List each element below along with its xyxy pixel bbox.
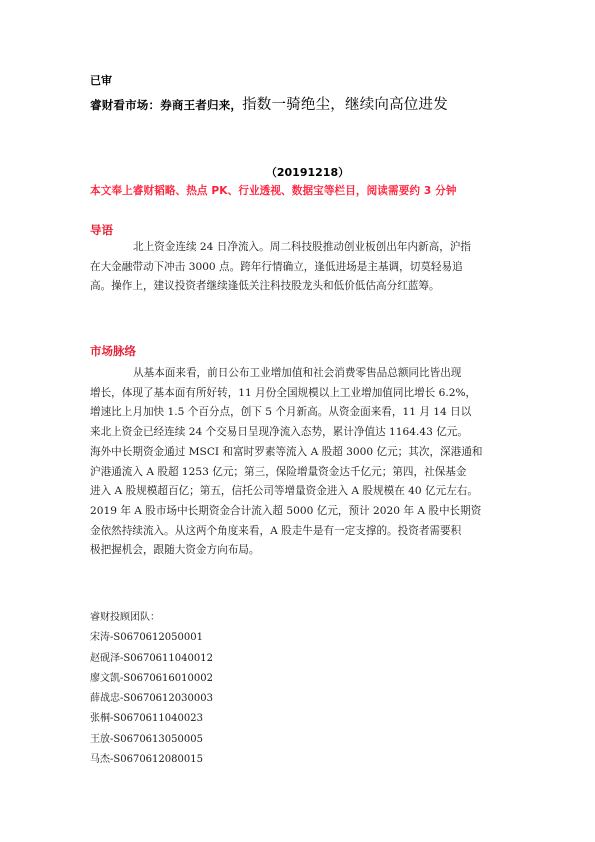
paragraph-line: 进入 A 股规模超百亿；第五，信托公司等增量资金进入 A 股规模在 40 亿元左…: [90, 482, 510, 502]
advisor-team: 睿财投顾团队： 宋涛-S0670612050001 赵砚泽-S067061104…: [90, 608, 213, 770]
team-member: 廖文凯-S0670616010002: [90, 669, 213, 689]
paragraph-line: 海外中长期资金通过 MSCI 和富时罗素等流入 A 股超 3000 亿元；其次，…: [90, 443, 510, 463]
paragraph-line: 高。操作上，建议投资者继续逢低关注科技股龙头和低价低估高分红蓝筹。: [90, 277, 510, 297]
section-body-intro: 北上资金连续 24 日净流入。周二科技股推动创业板创出年内新高，沪指 在大金融带…: [90, 238, 510, 297]
section-heading-market: 市场脉络: [90, 343, 136, 359]
title-part-1: 睿财看市场：券商王者归来，: [90, 98, 242, 112]
team-member: 薛战忠-S0670612030003: [90, 689, 213, 709]
team-label: 睿财投顾团队：: [90, 608, 213, 628]
title-part-2: 指数一骑绝尘，继续向高位进发: [242, 97, 448, 113]
team-member: 王放-S0670613050005: [90, 730, 213, 750]
review-status: 已审: [90, 72, 112, 88]
paragraph-line: 北上资金连续 24 日净流入。周二科技股推动创业板创出年内新高，沪指: [90, 238, 510, 258]
team-member: 张桐-S0670611040023: [90, 709, 213, 729]
paragraph-line: 在大金融带动下冲击 3000 点。跨年行情确立，逢低进场是主基调，切莫轻易追: [90, 258, 510, 278]
document-title: 睿财看市场：券商王者归来，指数一骑绝尘，继续向高位进发: [90, 93, 448, 114]
section-heading-intro: 导语: [90, 222, 113, 238]
paragraph-line: 极把握机会，跟随大资金方向布局。: [90, 541, 510, 561]
document-page: 已审 睿财看市场：券商王者归来，指数一骑绝尘，继续向高位进发 （20191218…: [0, 0, 595, 842]
section-body-market: 从基本面来看，前日公布工业增加值和社会消费零售品总额同比皆出现 增长，体现了基本…: [90, 364, 510, 561]
paragraph-line: 来北上资金已经连续 24 个交易日呈现净流入态势，累计净值达 1164.43 亿…: [90, 423, 510, 443]
paragraph-line: 沪港通流入 A 股超 1253 亿元；第三，保险增量资金达千亿元；第四，社保基金: [90, 463, 510, 483]
team-member: 宋涛-S0670612050001: [90, 628, 213, 648]
team-member: 马杰-S0670612080015: [90, 750, 213, 770]
team-member: 赵砚泽-S0670611040012: [90, 649, 213, 669]
paragraph-line: 金依然持续流入。从这两个角度来看，A 股走牛是有一定支撑的。投资者需要积: [90, 522, 510, 542]
document-date: （20191218）: [0, 164, 595, 180]
paragraph-line: 2019 年 A 股市场中长期资金合计流入超 5000 亿元，预计 2020 年…: [90, 502, 510, 522]
paragraph-line: 增长，体现了基本面有所好转，11 月份全国规模以上工业增加值同比增长 6.2%，: [90, 384, 510, 404]
paragraph-line: 从基本面来看，前日公布工业增加值和社会消费零售品总额同比皆出现: [90, 364, 510, 384]
document-subtitle: 本文奉上睿财韬略、热点 PK、行业透视、数据宝等栏目，阅读需要约 3 分钟: [90, 183, 510, 198]
paragraph-line: 增速比上月加快 1.5 个百分点，创下 5 个月新高。从资金面来看，11 月 1…: [90, 403, 510, 423]
